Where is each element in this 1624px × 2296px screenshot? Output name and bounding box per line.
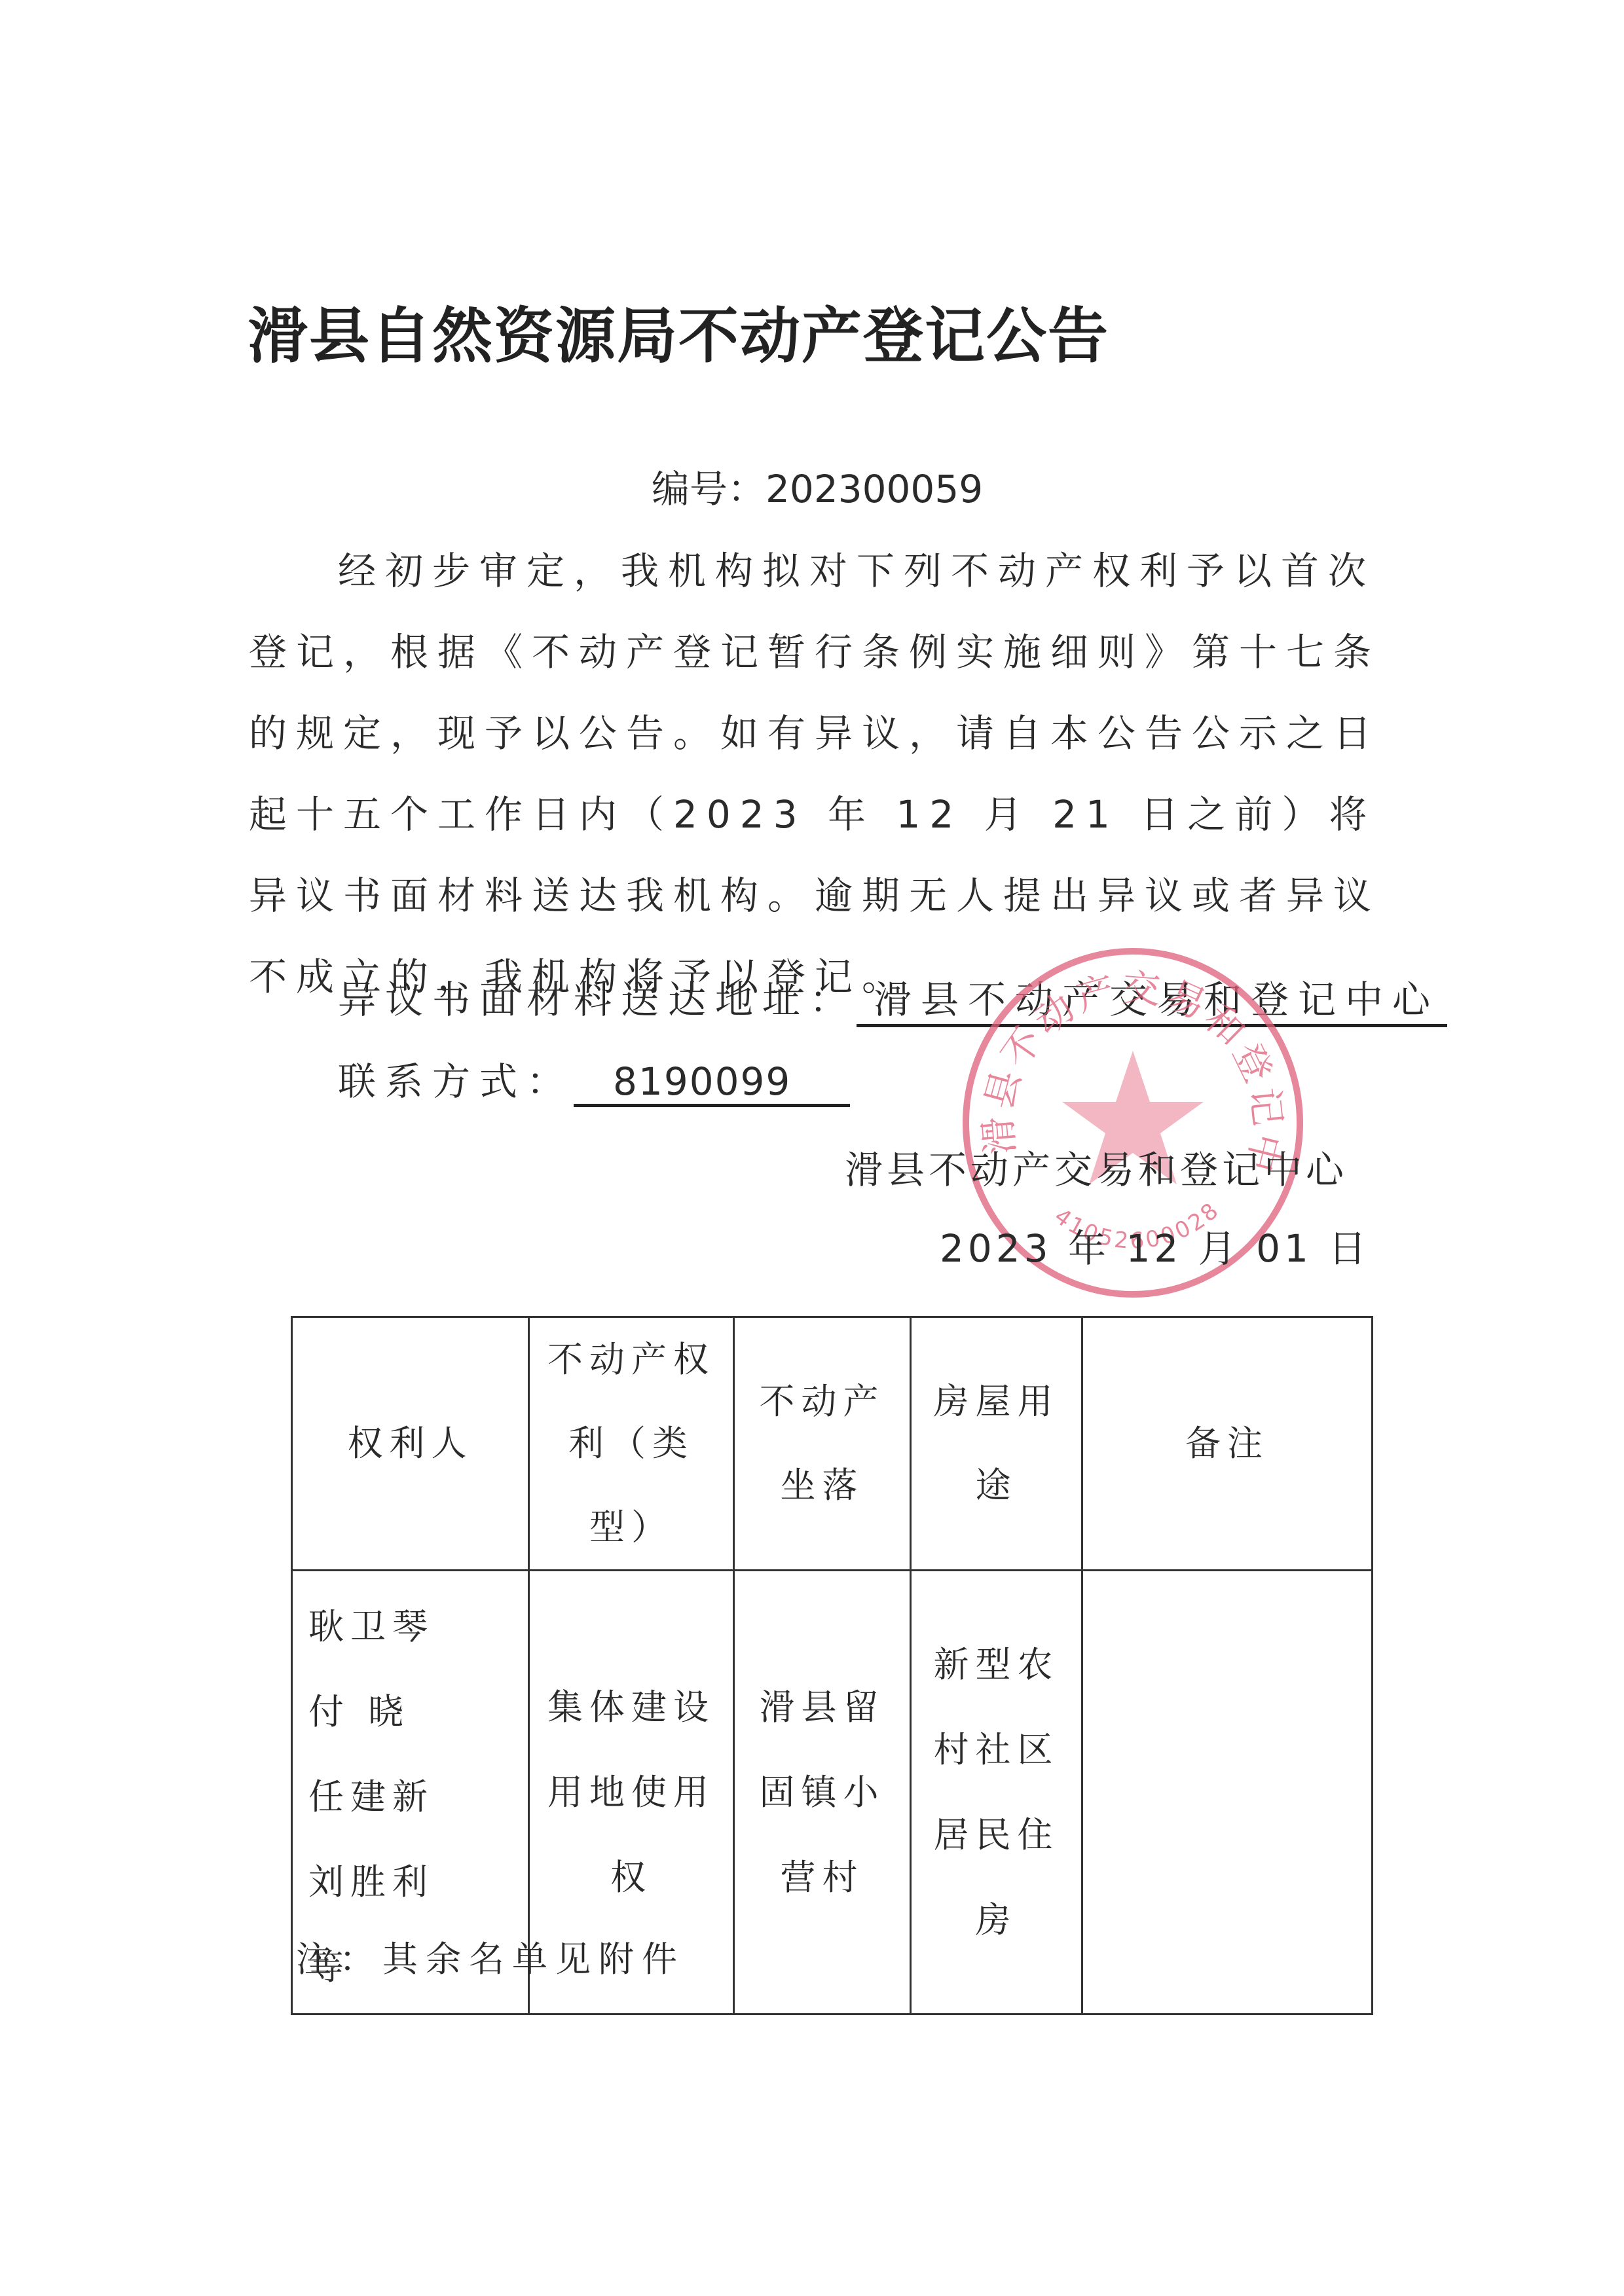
- issuer-name: 滑县不动产交易和登记中心: [845, 1139, 1348, 1194]
- header-location: 不动产坐落: [734, 1317, 911, 1571]
- contact-value: 8190099: [574, 1059, 850, 1107]
- cell-remark: [1082, 1571, 1373, 2014]
- document-number-label: 编号：: [652, 467, 766, 511]
- holder-name: 耿卫琴: [308, 1584, 528, 1669]
- table-header-row: 权利人 不动产权利（类型） 不动产坐落 房屋用途 备注: [292, 1317, 1373, 1571]
- notice-body-text: 经初步审定，我机构拟对下列不动产权利予以首次登记，根据《不动产登记暂行条例实施细…: [249, 549, 1380, 999]
- contact-row: 联系方式：8190099: [338, 1051, 850, 1107]
- document-number: 编号：202300059: [652, 458, 983, 513]
- document-title: 滑县自然资源局不动产登记公告: [248, 288, 1109, 374]
- document-number-value: 202300059: [766, 467, 983, 511]
- holder-name: 付 晓: [308, 1669, 528, 1755]
- objection-address-row: 异议书面材料送达地址：滑县不动产交易和登记中心: [338, 969, 1447, 1027]
- cell-usage: 新型农村社区居民住房: [911, 1571, 1082, 2014]
- objection-address-value: 滑县不动产交易和登记中心: [857, 969, 1447, 1027]
- header-right-holder: 权利人: [292, 1317, 529, 1571]
- notice-body: 经初步审定，我机构拟对下列不动产权利予以首次登记，根据《不动产登记暂行条例实施细…: [249, 530, 1414, 1017]
- holder-name: 刘胜利: [308, 1840, 528, 1925]
- objection-address-label: 异议书面材料送达地址：: [338, 977, 857, 1022]
- registration-table: 权利人 不动产权利（类型） 不动产坐落 房屋用途 备注 耿卫琴 付 晓 任建新 …: [291, 1316, 1373, 2015]
- issue-date: 2023 年 12 月 01 日: [940, 1218, 1370, 1273]
- header-right-type: 不动产权利（类型）: [529, 1317, 734, 1571]
- header-remark: 备注: [1082, 1317, 1373, 1571]
- contact-label: 联系方式：: [338, 1059, 574, 1104]
- header-usage: 房屋用途: [911, 1317, 1082, 1571]
- cell-location: 滑县留固镇小营村: [734, 1571, 911, 2014]
- holder-name: 任建新: [308, 1755, 528, 1840]
- footnote: 注：其余名单见附件: [296, 1931, 685, 1982]
